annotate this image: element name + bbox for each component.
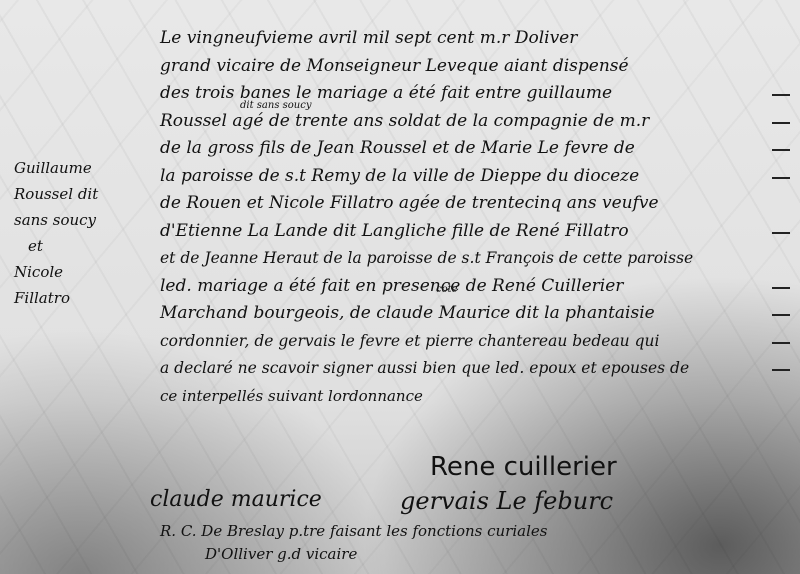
record-line: Marchand bourgeois, de claude Maurice di… [160,300,790,328]
signature: D'Olliver g.d vicaire [205,545,357,563]
record-line: led. mariage a été fait en presence de R… [160,273,790,301]
margin-note-line: sans soucy [14,207,149,233]
record-line: a declaré ne scavoir signer aussi bien q… [160,355,790,383]
document-page: Guillaume Roussel dit sans soucy et Nico… [0,0,800,574]
margin-note-line: Roussel dit [14,181,149,207]
record-line: cordonnier, de gervais le fevre et pierr… [160,328,790,356]
signature: gervais Le feburc [400,487,613,515]
margin-note: Guillaume Roussel dit sans soucy et Nico… [14,155,149,311]
margin-note-line: Fillatro [14,285,149,311]
margin-note-line: Guillaume [14,155,149,181]
record-body: Le vingneufvieme avril mil sept cent m.r… [160,25,790,410]
record-line: Roussel agé de trente ans soldat de la c… [160,108,790,136]
record-line: de la gross fils de Jean Roussel et de M… [160,135,790,163]
record-line: ce interpellés suivant lordonnance [160,383,790,411]
signature: R. C. De Breslay p.tre faisant les fonct… [160,522,547,540]
record-line: d'Etienne La Lande dit Langliche fille d… [160,218,790,246]
record-line: grand vicaire de Monseigneur Leveque aia… [160,53,790,81]
margin-note-line: et [14,233,149,259]
record-line: de Rouen et Nicole Fillatro agée de tren… [160,190,790,218]
signature: claude maurice [150,487,322,512]
record-line: des trois banes le mariage a été fait en… [160,80,790,108]
record-line: Le vingneufvieme avril mil sept cent m.r… [160,25,790,53]
margin-note-line: Nicole [14,259,149,285]
record-line: la paroisse de s.t Remy de la ville de D… [160,163,790,191]
signature: Rene cuillerier [430,452,617,482]
record-line: et de Jeanne Heraut de la paroisse de s.… [160,245,790,273]
